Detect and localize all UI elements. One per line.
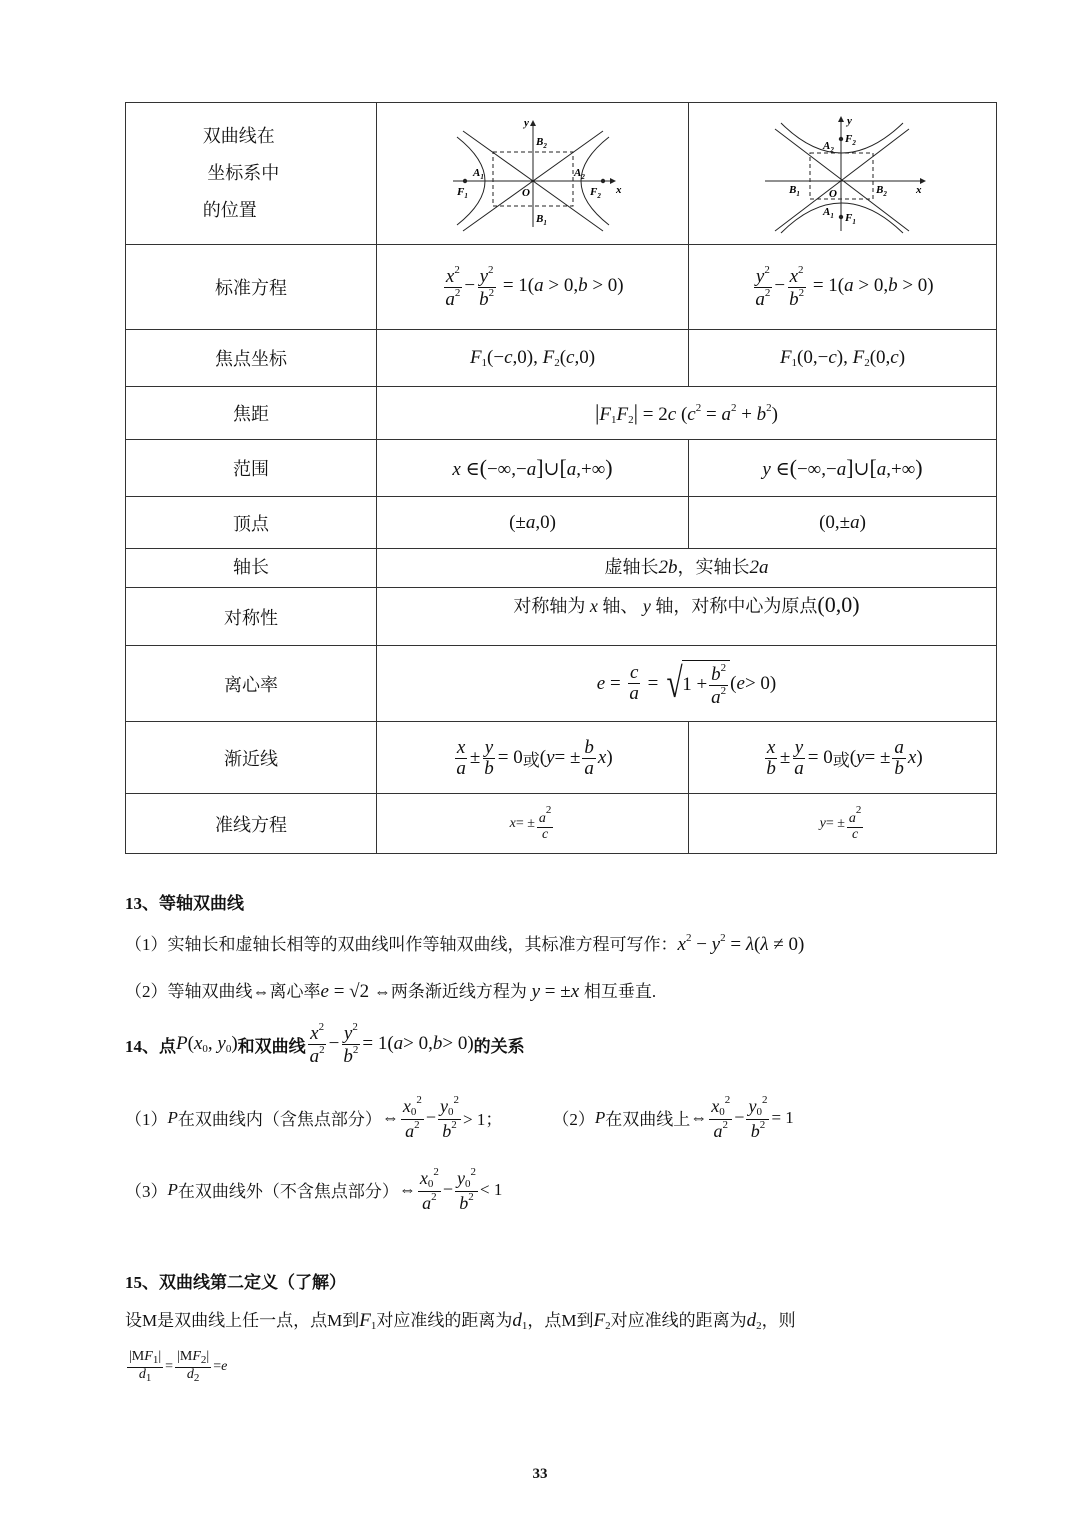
row-label: 顶点 (126, 497, 377, 549)
svg-text:F2: F2 (589, 186, 601, 200)
text: 对应准线的距离为 (611, 1311, 747, 1330)
vertices-x: (±a,0) (377, 497, 689, 549)
text: 轴，对称中心为原点 (655, 596, 817, 616)
row-label-position: 双曲线在 坐标系中 的位置 (126, 103, 377, 245)
section-15-title: 15、双曲线第二定义（了解） (125, 1268, 346, 1293)
row-label: 焦点坐标 (126, 330, 377, 387)
directrix-y: y = ±a2c (689, 794, 997, 854)
table-row: 标准方程 x2a2−y2b2 = 1(a > 0,b > 0) y2a2−x2b… (126, 245, 997, 330)
real-axis-label: ，实轴长 (678, 557, 750, 577)
figure-vertical-hyperbola: yx F2 F1 A2 A1 B1 B2 O (689, 103, 997, 245)
foci-x: F1(−c,0), F2(c,0) (377, 330, 689, 387)
real-axis-value: 2a (750, 557, 769, 578)
section-13-item-2: （2）等轴双曲线⇔离心率e = √2 ⇔两条渐近线方程为 y = ±x 相互垂直… (125, 977, 656, 1003)
table-row: 渐近线 xa±yb= 0 或(y = ±bax) xb±ya= 0 或(y = … (126, 722, 997, 794)
row-label: 渐近线 (126, 722, 377, 794)
axis-length: 虚轴长2b，实轴长2a (377, 549, 997, 588)
asymptote-x: xa±yb= 0 或(y = ±bax) (377, 722, 689, 794)
text: 在双曲线内（含焦点部分） (178, 1105, 382, 1130)
svg-text:x: x (915, 184, 922, 196)
hyperbola-x-axis-diagram: yx B2 B1 A1 A2 F1 F2 O (443, 109, 623, 234)
svg-text:B2: B2 (535, 136, 547, 150)
svg-text:B1: B1 (535, 213, 547, 227)
hyperbola-properties-table: 双曲线在 坐标系中 的位置 yx B2 B1 A1 (125, 102, 997, 854)
text: 和双曲线 (238, 1032, 306, 1057)
relation: < 1 (480, 1180, 502, 1200)
text: ，点M到 (527, 1311, 593, 1330)
iff-symbol: ⇔ (690, 1108, 707, 1128)
text: 的关系 (474, 1032, 525, 1057)
row-label: 焦距 (126, 387, 377, 440)
svg-text:O: O (522, 187, 530, 199)
section-13-item-1: （1）实轴长和虚轴长相等的双曲线叫作等轴双曲线，其标准方程可写作：x2 − y2… (125, 930, 804, 956)
vertices-y: (0,±a) (689, 497, 997, 549)
row-label: 准线方程 (126, 794, 377, 854)
section-14-title: 14、点P(x0, y0)和双曲线x2a2−y2b2 = 1(a > 0,b >… (125, 1022, 525, 1067)
table-row: 范围 x ∈(−∞,−a]∪[a,+∞) y ∈(−∞,−a]∪[a,+∞) (126, 440, 997, 497)
svg-text:A2: A2 (822, 140, 834, 154)
table-row: 轴长 虚轴长2b，实轴长2a (126, 549, 997, 588)
iff-symbol: ⇔ (382, 1108, 399, 1128)
table-row: 准线方程 x = ±a2c y = ±a2c (126, 794, 997, 854)
figure-horizontal-hyperbola: yx B2 B1 A1 A2 F1 F2 O (377, 103, 689, 245)
section-14-item-3: （3）P 在双曲线外（不含焦点部分）⇔x02a2−y02b2< 1 (125, 1167, 502, 1212)
row-label: 范围 (126, 440, 377, 497)
table-row: 焦距 |F1F2| = 2c (c2 = a2 + b2) (126, 387, 997, 440)
label-line: 的位置 (203, 200, 257, 220)
text: 离心率 (270, 982, 321, 1001)
range-x: x ∈(−∞,−a]∪[a,+∞) (377, 440, 689, 497)
directrix-x: x = ±a2c (377, 794, 689, 854)
svg-text:x: x (615, 184, 622, 196)
label-line: 双曲线在 (203, 126, 275, 146)
text: 对称轴为 (513, 596, 585, 616)
relation: > 1； (463, 1105, 502, 1130)
section-15-paragraph: 设M是双曲线上任一点，点M到F1对应准线的距离为d1，点M到F2对应准线的距离为… (125, 1306, 796, 1332)
text: （3） (125, 1177, 168, 1202)
text: （2）等轴双曲线 (125, 982, 253, 1001)
table-row: 对称性 对称轴为 x 轴、 y 轴，对称中心为原点(0,0) (126, 588, 997, 646)
svg-text:F1: F1 (844, 212, 856, 226)
text: 轴、 (602, 596, 638, 616)
origin-coords: (0,0) (817, 592, 859, 617)
iff-symbol: ⇔ (253, 982, 270, 1001)
imag-axis-value: 2b (659, 557, 678, 578)
relation: = 1 (771, 1108, 793, 1128)
symmetry: 对称轴为 x 轴、 y 轴，对称中心为原点(0,0) (377, 588, 997, 646)
text: （1）实轴长和虚轴长相等的双曲线叫作等轴双曲线，其标准方程可写作： (125, 935, 678, 954)
svg-text:y: y (522, 117, 529, 129)
standard-equation-y: y2a2−x2b2 = 1(a > 0,b > 0) (689, 245, 997, 330)
table-row: 顶点 (±a,0) (0,±a) (126, 497, 997, 549)
row-label: 轴长 (126, 549, 377, 588)
text: 14、点 (125, 1032, 176, 1057)
text: 两条渐近线方程为 (391, 982, 527, 1001)
hyperbola-y-axis-diagram: yx F2 F1 A2 A1 B1 B2 O (753, 109, 933, 234)
foci-y: F1(0,−c), F2(0,c) (689, 330, 997, 387)
text: 相互垂直. (584, 982, 656, 1001)
row-label: 标准方程 (126, 245, 377, 330)
section-14-item-1: （1）P 在双曲线内（含焦点部分）⇔x02a2−y02b2> 1； （2）P 在… (125, 1095, 794, 1140)
table-row: 焦点坐标 F1(−c,0), F2(c,0) F1(0,−c), F2(0,c) (126, 330, 997, 387)
svg-text:A1: A1 (472, 167, 484, 181)
svg-text:B1: B1 (788, 184, 800, 198)
text: 在双曲线上 (605, 1105, 690, 1130)
label-line: 坐标系中 (207, 163, 279, 183)
row-label: 对称性 (126, 588, 377, 646)
page-number: 33 (0, 1466, 1080, 1483)
svg-text:y: y (845, 115, 852, 127)
svg-text:A1: A1 (822, 206, 834, 220)
iff-symbol: ⇔ (374, 982, 391, 1001)
svg-text:O: O (829, 188, 837, 200)
text: 设M是双曲线上任一点，点M到 (125, 1311, 359, 1330)
text: 对应准线的距离为 (376, 1311, 512, 1330)
svg-text:F1: F1 (456, 186, 468, 200)
or-word: 或 (523, 746, 540, 771)
table-row: 双曲线在 坐标系中 的位置 yx B2 B1 A1 (126, 103, 997, 245)
text: （1） (125, 1105, 168, 1130)
svg-text:B2: B2 (875, 184, 887, 198)
table-row: 离心率 e = ca = √1 + b2a2(e > 0) (126, 646, 997, 722)
range-y: y ∈(−∞,−a]∪[a,+∞) (689, 440, 997, 497)
text: （2） (552, 1105, 595, 1130)
row-label: 离心率 (126, 646, 377, 722)
text: 在双曲线外（不含焦点部分） (178, 1177, 399, 1202)
or-word: 或 (833, 746, 850, 771)
second-definition-formula: |MF1|d1=|MF2|d2=e (125, 1350, 227, 1384)
asymptote-y: xb±ya= 0 或(y = ±abx) (689, 722, 997, 794)
imag-axis-label: 虚轴长 (605, 557, 659, 577)
standard-equation-x: x2a2−y2b2 = 1(a > 0,b > 0) (377, 245, 689, 330)
section-13-title: 13、等轴双曲线 (125, 889, 244, 914)
iff-symbol: ⇔ (399, 1180, 416, 1200)
svg-text:F2: F2 (844, 133, 856, 147)
eccentricity: e = ca = √1 + b2a2(e > 0) (377, 646, 997, 722)
text: ，则 (762, 1311, 796, 1330)
focal-distance: |F1F2| = 2c (c2 = a2 + b2) (377, 387, 997, 440)
